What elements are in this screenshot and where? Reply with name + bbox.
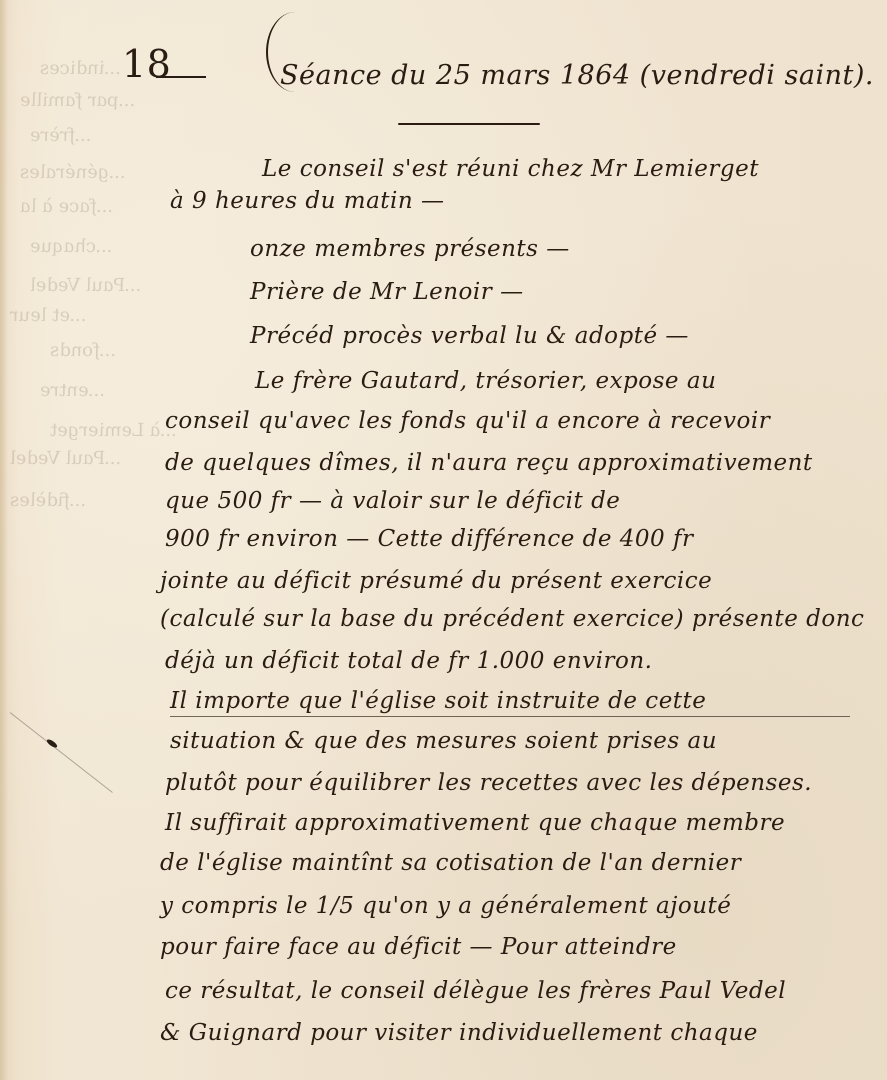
text-line: conseil qu'avec les fonds qu'il a encore… (165, 410, 770, 433)
text-line: 900 fr environ — Cette différence de 400… (165, 528, 694, 551)
text-line: (calculé sur la base du précédent exerci… (160, 608, 864, 631)
text-line: de l'église maintînt sa cotisation de l'… (160, 852, 741, 875)
ruled-line (170, 716, 850, 717)
bleed-through-text: ...indices (38, 58, 124, 79)
text-line: Prière de Mr Lenoir — (250, 281, 524, 304)
text-line: Le conseil s'est réuni chez Mr Lemierget (262, 158, 759, 181)
text-line: plutôt pour équilibrer les recettes avec… (165, 772, 812, 795)
bleed-through-text: ...face à la (18, 196, 116, 217)
page-edge-shadow (0, 0, 8, 1080)
text-line: jointe au déficit présumé du présent exe… (160, 570, 712, 593)
bleed-through-text: ...chaque (28, 236, 116, 257)
text-line: Il suffirait approximativement que chaqu… (165, 812, 785, 835)
text-line: de quelques dîmes, il n'aura reçu approx… (165, 452, 813, 475)
text-line: Le frère Gautard, trésorier, expose au (255, 370, 716, 393)
text-line: & Guignard pour visiter individuellement… (160, 1022, 758, 1045)
text-line: situation & que des mesures soient prise… (170, 730, 717, 753)
text-line: que 500 fr — à valoir sur le déficit de (165, 490, 620, 513)
bleed-through-text: ...par famille (18, 90, 139, 111)
page-number-dash (156, 76, 206, 78)
text-line: à 9 heures du matin — (170, 190, 445, 213)
text-line: déjà un déficit total de fr 1.000 enviro… (165, 650, 653, 673)
heading-underline (398, 123, 540, 125)
text-line: pour faire face au déficit — Pour attein… (160, 936, 677, 959)
bleed-through-text: ...fidèles (8, 490, 89, 511)
bleed-through-text: ...générales (18, 162, 129, 183)
session-heading: Séance du 25 mars 1864 (vendredi saint). (280, 62, 874, 89)
bleed-through-text: ...fonds (48, 340, 119, 361)
bleed-through-text: ...et leur (8, 305, 90, 326)
bleed-through-text: ...Paul Vedel (8, 448, 125, 469)
bleed-through-text: ...entre (38, 380, 108, 401)
text-line: onze membres présents — (250, 238, 570, 261)
bleed-through-text: ...Paul Vedel (28, 275, 145, 296)
text-line: Précéd procès verbal lu & adopté — (250, 325, 689, 348)
text-line: ce résultat, le conseil délègue les frèr… (165, 980, 786, 1003)
text-line: y compris le 1/5 qu'on y a généralement … (160, 895, 731, 918)
bleed-through-text: ...frère (28, 125, 95, 146)
text-line: Il importe que l'église soit instruite d… (170, 690, 706, 713)
bleed-through-text: ...à Lemierget (48, 420, 180, 441)
